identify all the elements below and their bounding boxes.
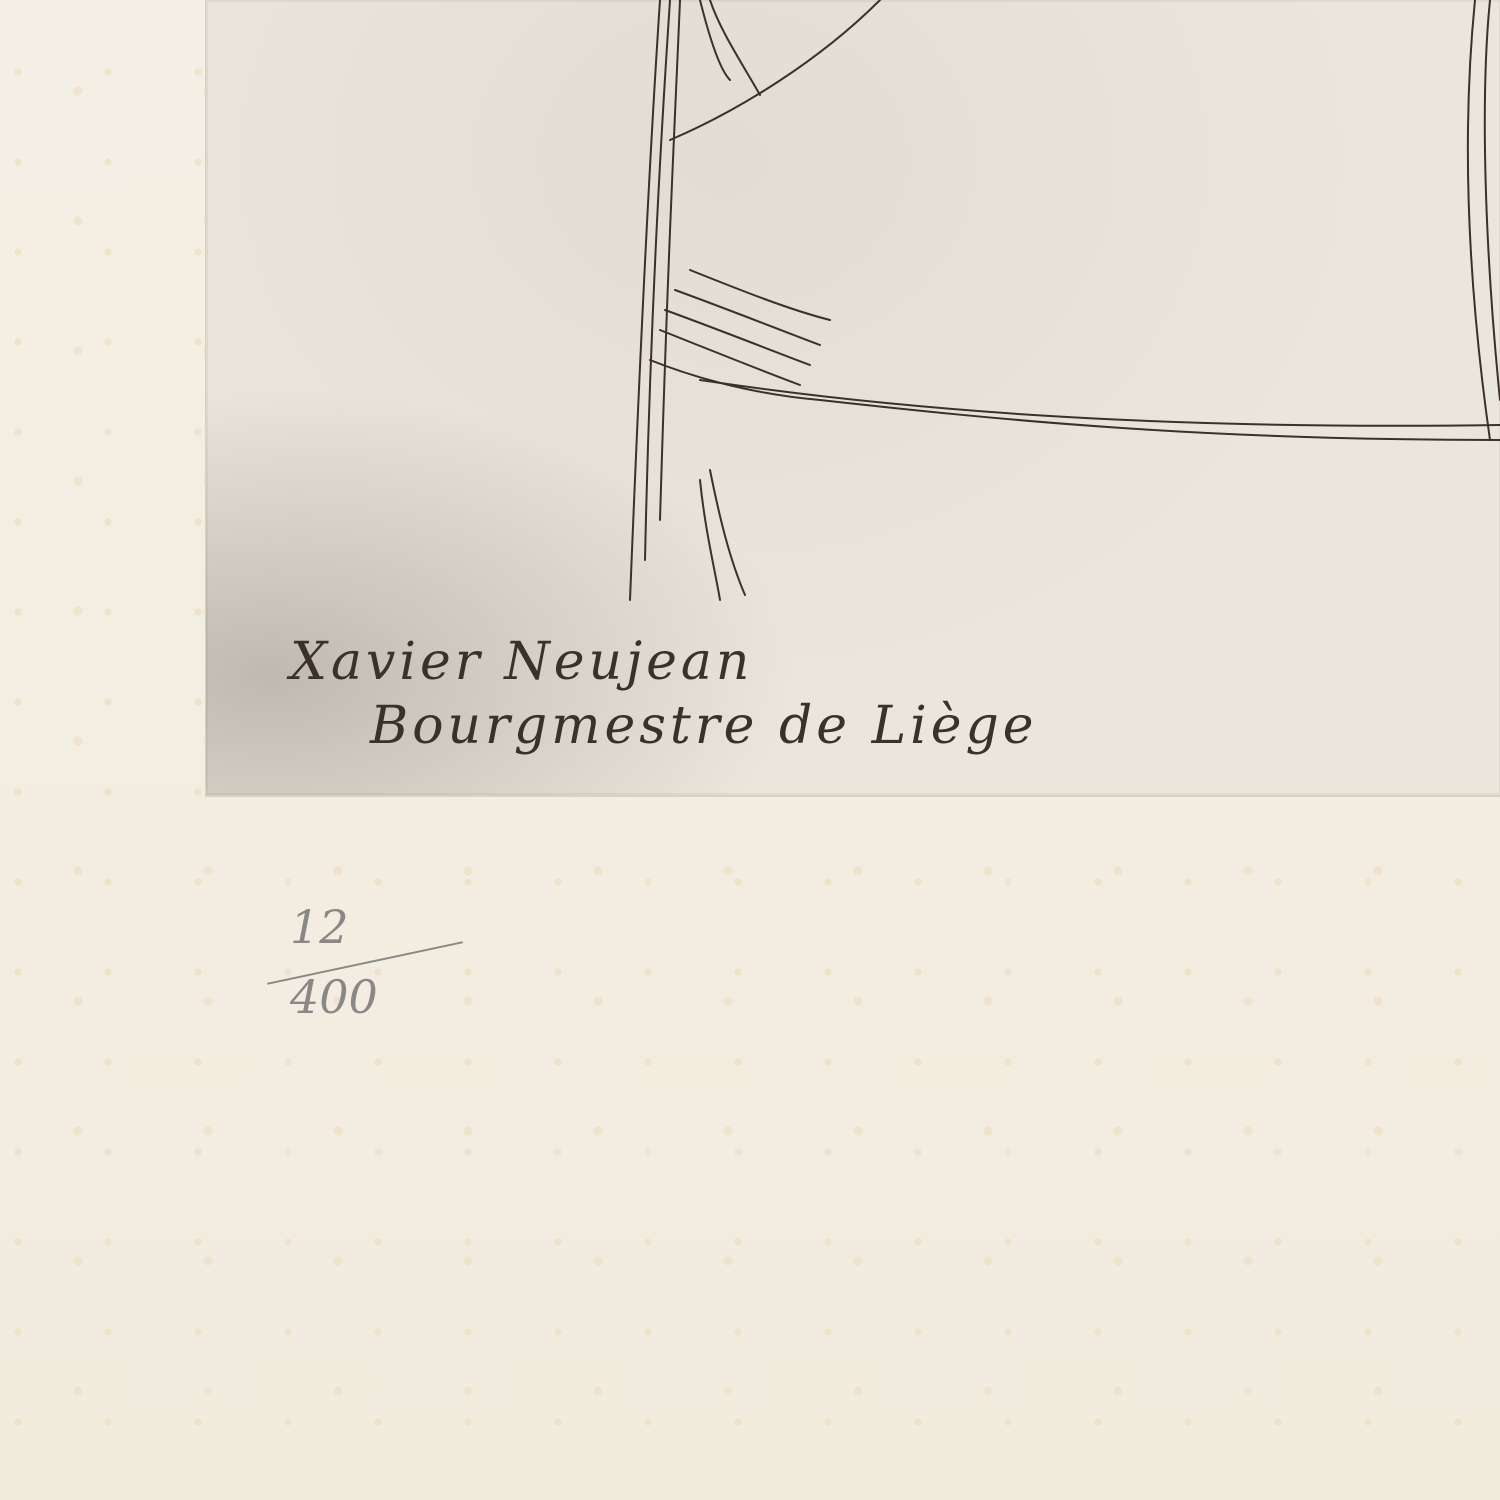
inscription-line-1: Xavier Neujean xyxy=(290,630,1038,694)
edition-denominator: 400 xyxy=(290,970,378,1024)
inscription-line-2: Bourgmestre de Liège xyxy=(290,694,1038,758)
edition-numerator: 12 xyxy=(290,900,349,954)
plate-inscription: Xavier Neujean Bourgmestre de Liège xyxy=(290,630,1038,758)
